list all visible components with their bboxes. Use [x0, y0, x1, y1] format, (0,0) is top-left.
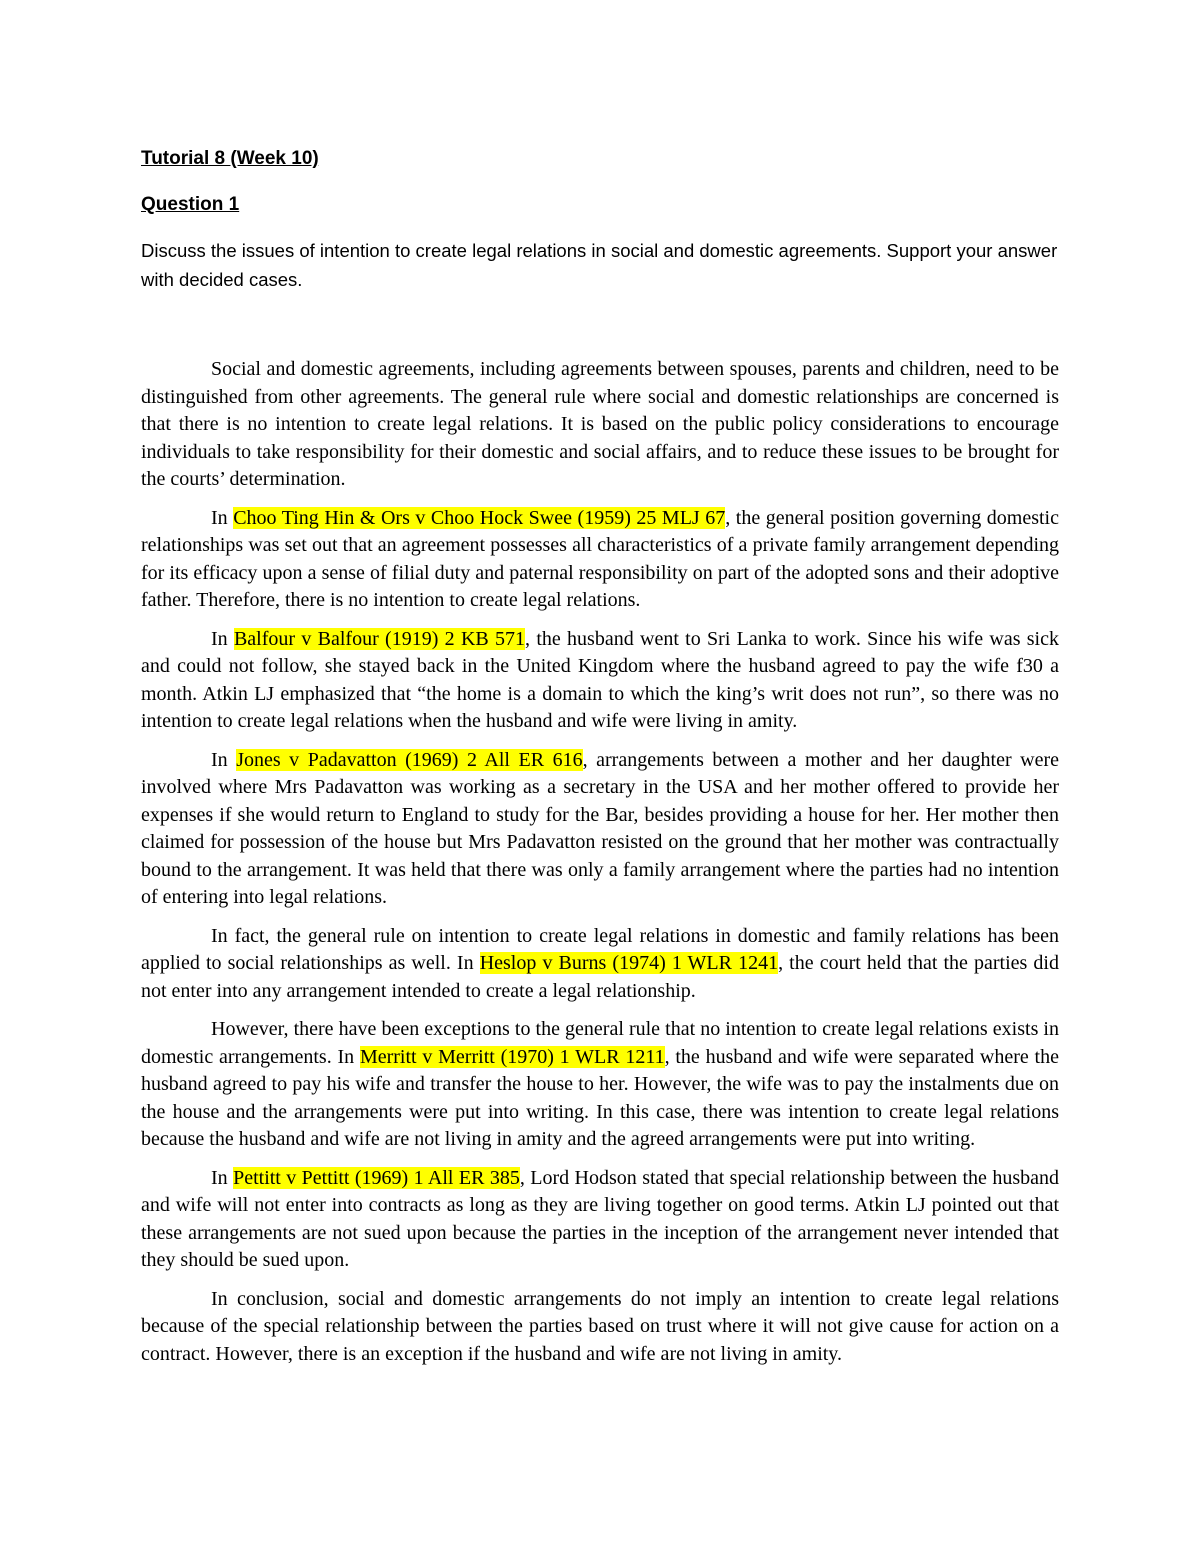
paragraph-text: Social and domestic agreements, includin… — [141, 358, 1059, 490]
paragraph-pettitt: In Pettitt v Pettitt (1969) 1 All ER 385… — [141, 1165, 1059, 1275]
paragraph-text: In — [211, 628, 234, 650]
case-citation-highlight: Choo Ting Hin & Ors v Choo Hock Swee (19… — [233, 507, 725, 529]
paragraph-conclusion: In conclusion, social and domestic arran… — [141, 1286, 1059, 1369]
paragraph-balfour: In Balfour v Balfour (1919) 2 KB 571, th… — [141, 626, 1059, 736]
paragraph-general-rule: Social and domestic agreements, includin… — [141, 356, 1059, 494]
document-page: Tutorial 8 (Week 10) Question 1 Discuss … — [0, 0, 1200, 1553]
paragraph-text: In — [211, 507, 233, 529]
question-heading: Question 1 — [141, 194, 1059, 216]
document-title: Tutorial 8 (Week 10) — [141, 148, 1059, 170]
paragraph-heslop-burns: In fact, the general rule on intention t… — [141, 923, 1059, 1006]
paragraph-text: In conclusion, social and domestic arran… — [141, 1288, 1059, 1365]
paragraph-text: In — [211, 1167, 233, 1189]
case-citation-highlight: Heslop v Burns (1974) 1 WLR 1241 — [480, 952, 778, 974]
paragraph-merritt: However, there have been exceptions to t… — [141, 1016, 1059, 1154]
question-text: Discuss the issues of intention to creat… — [141, 236, 1059, 294]
paragraph-text: In — [211, 749, 236, 771]
paragraph-jones-padavatton: In Jones v Padavatton (1969) 2 All ER 61… — [141, 747, 1059, 912]
paragraph-text: , arrangements between a mother and her … — [141, 749, 1059, 909]
case-citation-highlight: Balfour v Balfour (1919) 2 KB 571 — [234, 628, 525, 650]
paragraph-choo-ting-hin: In Choo Ting Hin & Ors v Choo Hock Swee … — [141, 505, 1059, 615]
case-citation-highlight: Jones v Padavatton (1969) 2 All ER 616 — [236, 749, 582, 771]
case-citation-highlight: Pettitt v Pettitt (1969) 1 All ER 385 — [233, 1167, 520, 1189]
case-citation-highlight: Merritt v Merritt (1970) 1 WLR 1211 — [360, 1046, 665, 1068]
